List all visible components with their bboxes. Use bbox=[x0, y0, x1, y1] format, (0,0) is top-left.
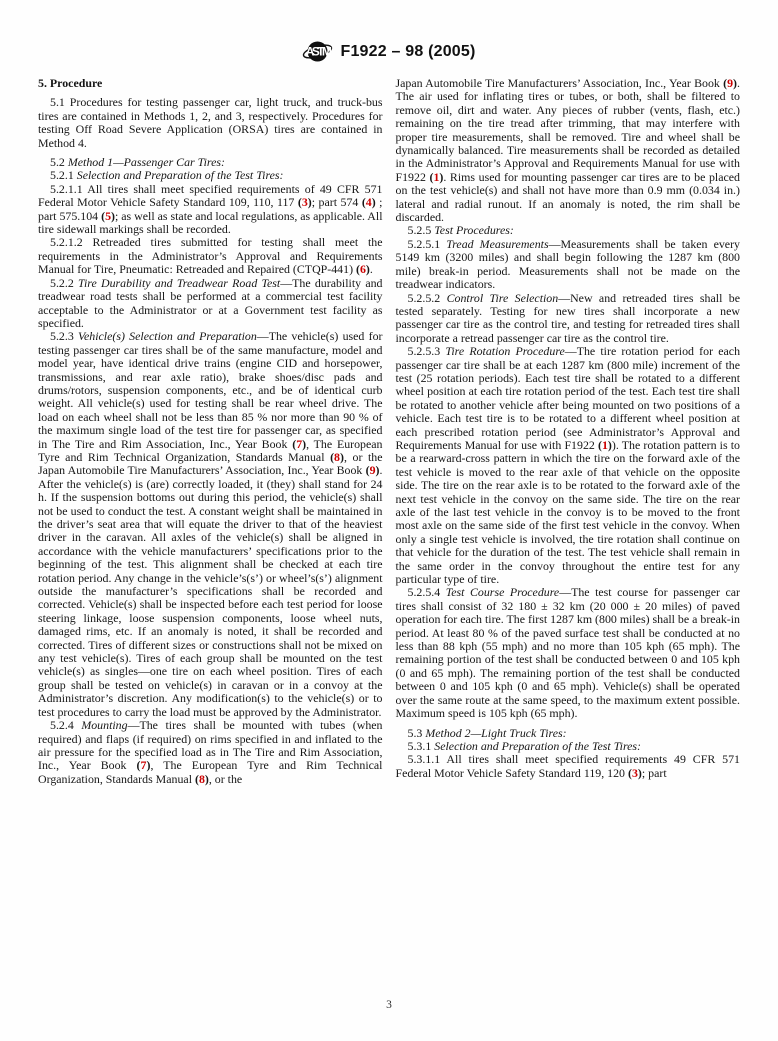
text-run: 5.2 bbox=[50, 155, 68, 169]
paragraph: 5.3.1.1 All tires shall meet specified r… bbox=[396, 753, 741, 780]
text-run: 5.2.1.2 Retreaded tires submitted for te… bbox=[38, 235, 383, 276]
paragraph: 5.3 Method 2—Light Truck Tires: bbox=[396, 727, 741, 740]
text-run: . bbox=[370, 262, 373, 276]
text-run: Mounting bbox=[81, 718, 127, 732]
text-run: Vehicle(s) Selection and Preparation bbox=[78, 329, 257, 343]
text-run: , or the bbox=[209, 772, 242, 786]
text-run: Control Tire Selection bbox=[447, 291, 559, 305]
svg-text:ASTM: ASTM bbox=[306, 45, 332, 59]
text-run: . After the vehicle(s) is (are) correctl… bbox=[38, 463, 383, 718]
paragraph: 5.2.3 Vehicle(s) Selection and Preparati… bbox=[38, 330, 383, 719]
text-run: 5.2.5 bbox=[408, 223, 435, 237]
text-run: Method 1—Passenger Car Tires: bbox=[68, 155, 225, 169]
text-run: ; part 574 bbox=[312, 195, 362, 209]
paragraph: 5.2.5.4 Test Course Procedure—The test c… bbox=[396, 586, 741, 720]
paragraph: 5.2.5.1 Tread Measurements—Measurements … bbox=[396, 238, 741, 292]
page-number: 3 bbox=[386, 999, 392, 1011]
text-run: —The vehicle(s) used for testing passeng… bbox=[38, 329, 383, 450]
astm-logo-icon: ASTM bbox=[302, 38, 333, 65]
text-run: Selection and Preparation of the Test Ti… bbox=[434, 739, 641, 753]
paragraph: 5.2.1 Selection and Preparation of the T… bbox=[38, 169, 383, 182]
document-page: ASTM F1922 – 98 (2005) 5. Procedure5.1 P… bbox=[0, 0, 778, 1041]
paragraph: 5.1 Procedures for testing passenger car… bbox=[38, 96, 383, 150]
text-run: 5.2.5.1 bbox=[408, 237, 447, 251]
document-header: ASTM F1922 – 98 (2005) bbox=[0, 38, 778, 65]
paragraph: 5.3.1 Selection and Preparation of the T… bbox=[396, 740, 741, 753]
text-run: Method 2—Light Truck Tires: bbox=[425, 726, 566, 740]
paragraph: 5.2.1.2 Retreaded tires submitted for te… bbox=[38, 236, 383, 276]
paragraph: 5.2.5 Test Procedures: bbox=[396, 224, 741, 237]
paragraph: 5.2.1.1 All tires shall meet specified r… bbox=[38, 183, 383, 237]
text-run: . The air used for inflating tires or tu… bbox=[396, 76, 741, 184]
standard-designation-title: F1922 – 98 (2005) bbox=[340, 43, 475, 61]
paragraph: 5.2 Method 1—Passenger Car Tires: bbox=[38, 156, 383, 169]
text-run: 5.2.1 bbox=[50, 168, 77, 182]
paragraph: Japan Automobile Tire Manufacturers’ Ass… bbox=[396, 77, 741, 224]
two-column-body: 5. Procedure5.1 Procedures for testing p… bbox=[38, 77, 740, 786]
text-run: 5.3.1.1 All tires shall meet specified r… bbox=[396, 752, 741, 779]
page-footer: 3 bbox=[0, 999, 778, 1011]
text-run: 5.2.5.2 bbox=[408, 291, 447, 305]
text-run: 5.3.1 bbox=[408, 739, 435, 753]
text-run: 5.2.5.4 bbox=[408, 585, 446, 599]
paragraph: 5.2.5.3 Tire Rotation Procedure—The tire… bbox=[396, 345, 741, 586]
text-run: Test Procedures: bbox=[434, 223, 514, 237]
right-column: Japan Automobile Tire Manufacturers’ Ass… bbox=[396, 77, 741, 786]
text-run: . Rims used for mounting passenger car t… bbox=[396, 170, 741, 224]
paragraph: 5.2.2 Tire Durability and Treadwear Road… bbox=[38, 277, 383, 331]
text-run: ). The rotation pattern is to be a rearw… bbox=[396, 438, 741, 586]
text-run: Selection and Preparation of the Test Ti… bbox=[77, 168, 284, 182]
text-run: Japan Automobile Tire Manufacturers’ Ass… bbox=[396, 76, 724, 90]
text-run: 5.2.4 bbox=[50, 718, 81, 732]
paragraph: 5.2.5.2 Control Tire Selection—New and r… bbox=[396, 292, 741, 346]
text-run: Tread Measurements bbox=[446, 237, 548, 251]
paragraph: 5.2.4 Mounting—The tires shall be mounte… bbox=[38, 719, 383, 786]
left-column: 5. Procedure5.1 Procedures for testing p… bbox=[38, 77, 383, 786]
text-run: 5.3 bbox=[408, 726, 426, 740]
text-run: Test Course Procedure bbox=[446, 585, 559, 599]
text-run: ; part bbox=[642, 766, 667, 780]
text-run: 5.2.2 bbox=[50, 276, 78, 290]
section-heading: 5. Procedure bbox=[38, 77, 383, 90]
text-run: 5. Procedure bbox=[38, 76, 102, 90]
text-run: 5.2.5.3 bbox=[408, 344, 446, 358]
text-run: Tire Rotation Procedure bbox=[445, 344, 564, 358]
text-run: 5.2.3 bbox=[50, 329, 78, 343]
text-run: —The tire rotation period for each passe… bbox=[396, 344, 741, 452]
text-run: 5.1 Procedures for testing passenger car… bbox=[38, 95, 383, 149]
text-run: Tire Durability and Treadwear Road Test bbox=[78, 276, 280, 290]
text-run: —The test course for passenger car tires… bbox=[396, 585, 741, 720]
